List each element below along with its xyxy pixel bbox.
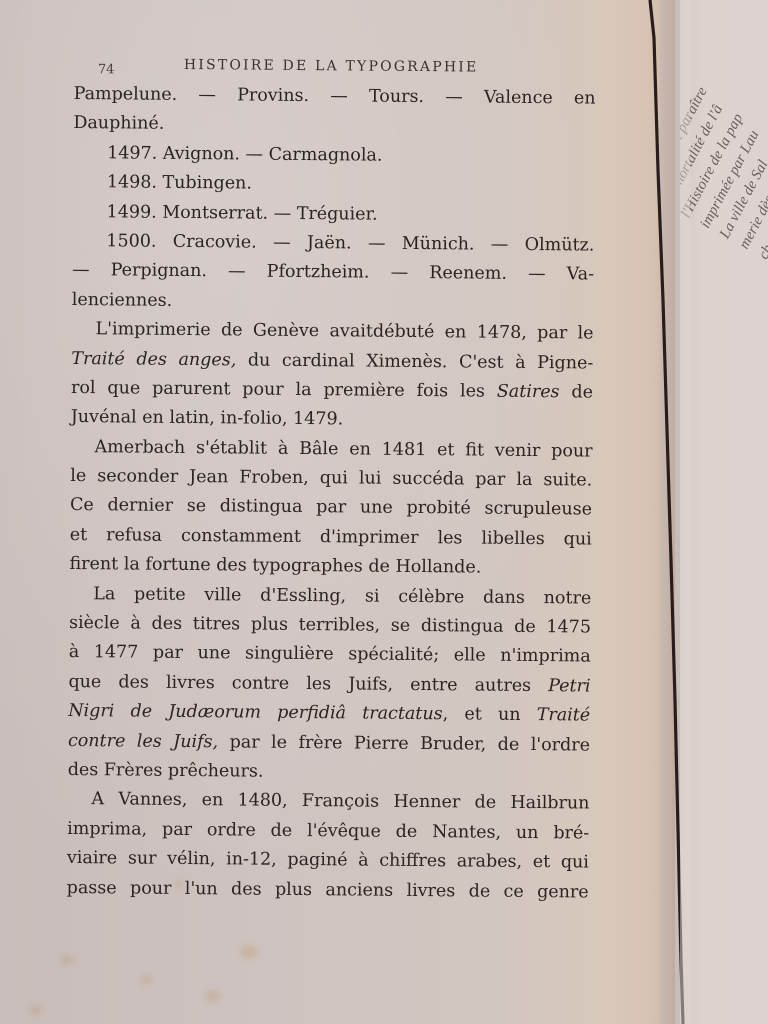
text-line: 1500. Cracovie. — Jaën. — Münich. — Olmü… <box>72 227 594 261</box>
running-title: HISTOIRE DE LA TYPOGRAPHIE <box>184 57 479 76</box>
running-head: 74 HISTOIRE DE LA TYPOGRAPHIE <box>74 52 596 85</box>
text-line: 1499. Montserrat. — Tréguier. <box>72 198 594 232</box>
foxing-stain <box>30 1005 42 1015</box>
text-line: viaire sur vélin, in-12, paginé à chiffr… <box>67 844 589 878</box>
text-line: rol que parurent pour la première fois l… <box>71 374 593 408</box>
binding-edge-icon <box>645 0 691 1024</box>
text-line: Ce dernier se distingua par une probité … <box>70 491 592 525</box>
body-text: Pampelune. — Provins. — Tours. — Valence… <box>67 80 596 907</box>
text-line: 1498. Tubingen. <box>73 168 595 202</box>
text-line: siècle à des titres plus terribles, se d… <box>69 609 591 643</box>
text-line: Nigri de Judæorum perfidiâ tractatus, et… <box>68 697 590 731</box>
text-line: contre les Juifs, par le frère Pierre Br… <box>68 727 590 761</box>
text-line: lenciennes. <box>72 286 594 320</box>
book-photo: 74 HISTOIRE DE LA TYPOGRAPHIE Pampelune.… <box>0 0 768 1024</box>
page-number: 74 <box>98 62 115 77</box>
text-line: que des livres contre les Juifs, entre a… <box>68 668 590 702</box>
facing-page-text: (Londres, 1481);Florence fit paraîtrel'i… <box>680 0 768 305</box>
text-line: A Vannes, en 1480, François Henner de Ha… <box>67 785 589 819</box>
left-page: 74 HISTOIRE DE LA TYPOGRAPHIE Pampelune.… <box>0 0 660 1024</box>
foxing-stain <box>60 955 74 965</box>
text-line: L'imprimerie de Genève avaitdébuté en 14… <box>71 315 593 349</box>
text-line: des Frères prêcheurs. <box>68 756 590 790</box>
italic-title: Nigri de Judæorum perfidiâ tractatus <box>68 701 443 724</box>
text-line: Juvénal en latin, in-folio, 1479. <box>71 403 593 437</box>
foxing-stain <box>205 990 221 1002</box>
text-line: le seconder Jean Froben, qui lui succéda… <box>70 462 592 496</box>
facing-page: (Londres, 1481);Florence fit paraîtrel'i… <box>680 0 768 1024</box>
italic-title: Traité <box>537 705 591 725</box>
text-line: passe pour l'un des plus anciens livres … <box>67 874 589 908</box>
text-line: La petite ville d'Essling, si célèbre da… <box>69 580 591 614</box>
text-line: Amerbach s'établit à Bâle en 1481 et fit… <box>70 433 592 467</box>
foxing-stain <box>240 945 258 959</box>
text-line: — Perpignan. — Pfortzheim. — Reenem. — V… <box>72 256 594 290</box>
book-binding <box>645 0 691 1024</box>
text-line: 1497. Avignon. — Carmagnola. <box>73 139 595 173</box>
italic-title: Petri <box>548 676 591 696</box>
text-line: Traité des anges, du cardinal Ximenès. C… <box>71 345 593 379</box>
page-text: 74 HISTOIRE DE LA TYPOGRAPHIE Pampelune.… <box>67 52 596 907</box>
text-line: Pampelune. — Provins. — Tours. — Valence… <box>73 80 595 114</box>
italic-title: Satires <box>497 382 560 403</box>
text-line: firent la fortune des typographes de Hol… <box>69 550 591 584</box>
text-line: et refusa constamment d'imprimer les lib… <box>70 521 592 555</box>
italic-title: contre les Juifs, <box>68 731 218 752</box>
foxing-stain <box>140 975 152 984</box>
text-line: à 1477 par une singulière spécialité; el… <box>69 638 591 672</box>
text-line: Dauphiné. <box>73 109 595 143</box>
text-line: imprima, par ordre de l'évêque de Nantes… <box>67 815 589 849</box>
italic-title: Traité des anges, <box>71 349 236 370</box>
